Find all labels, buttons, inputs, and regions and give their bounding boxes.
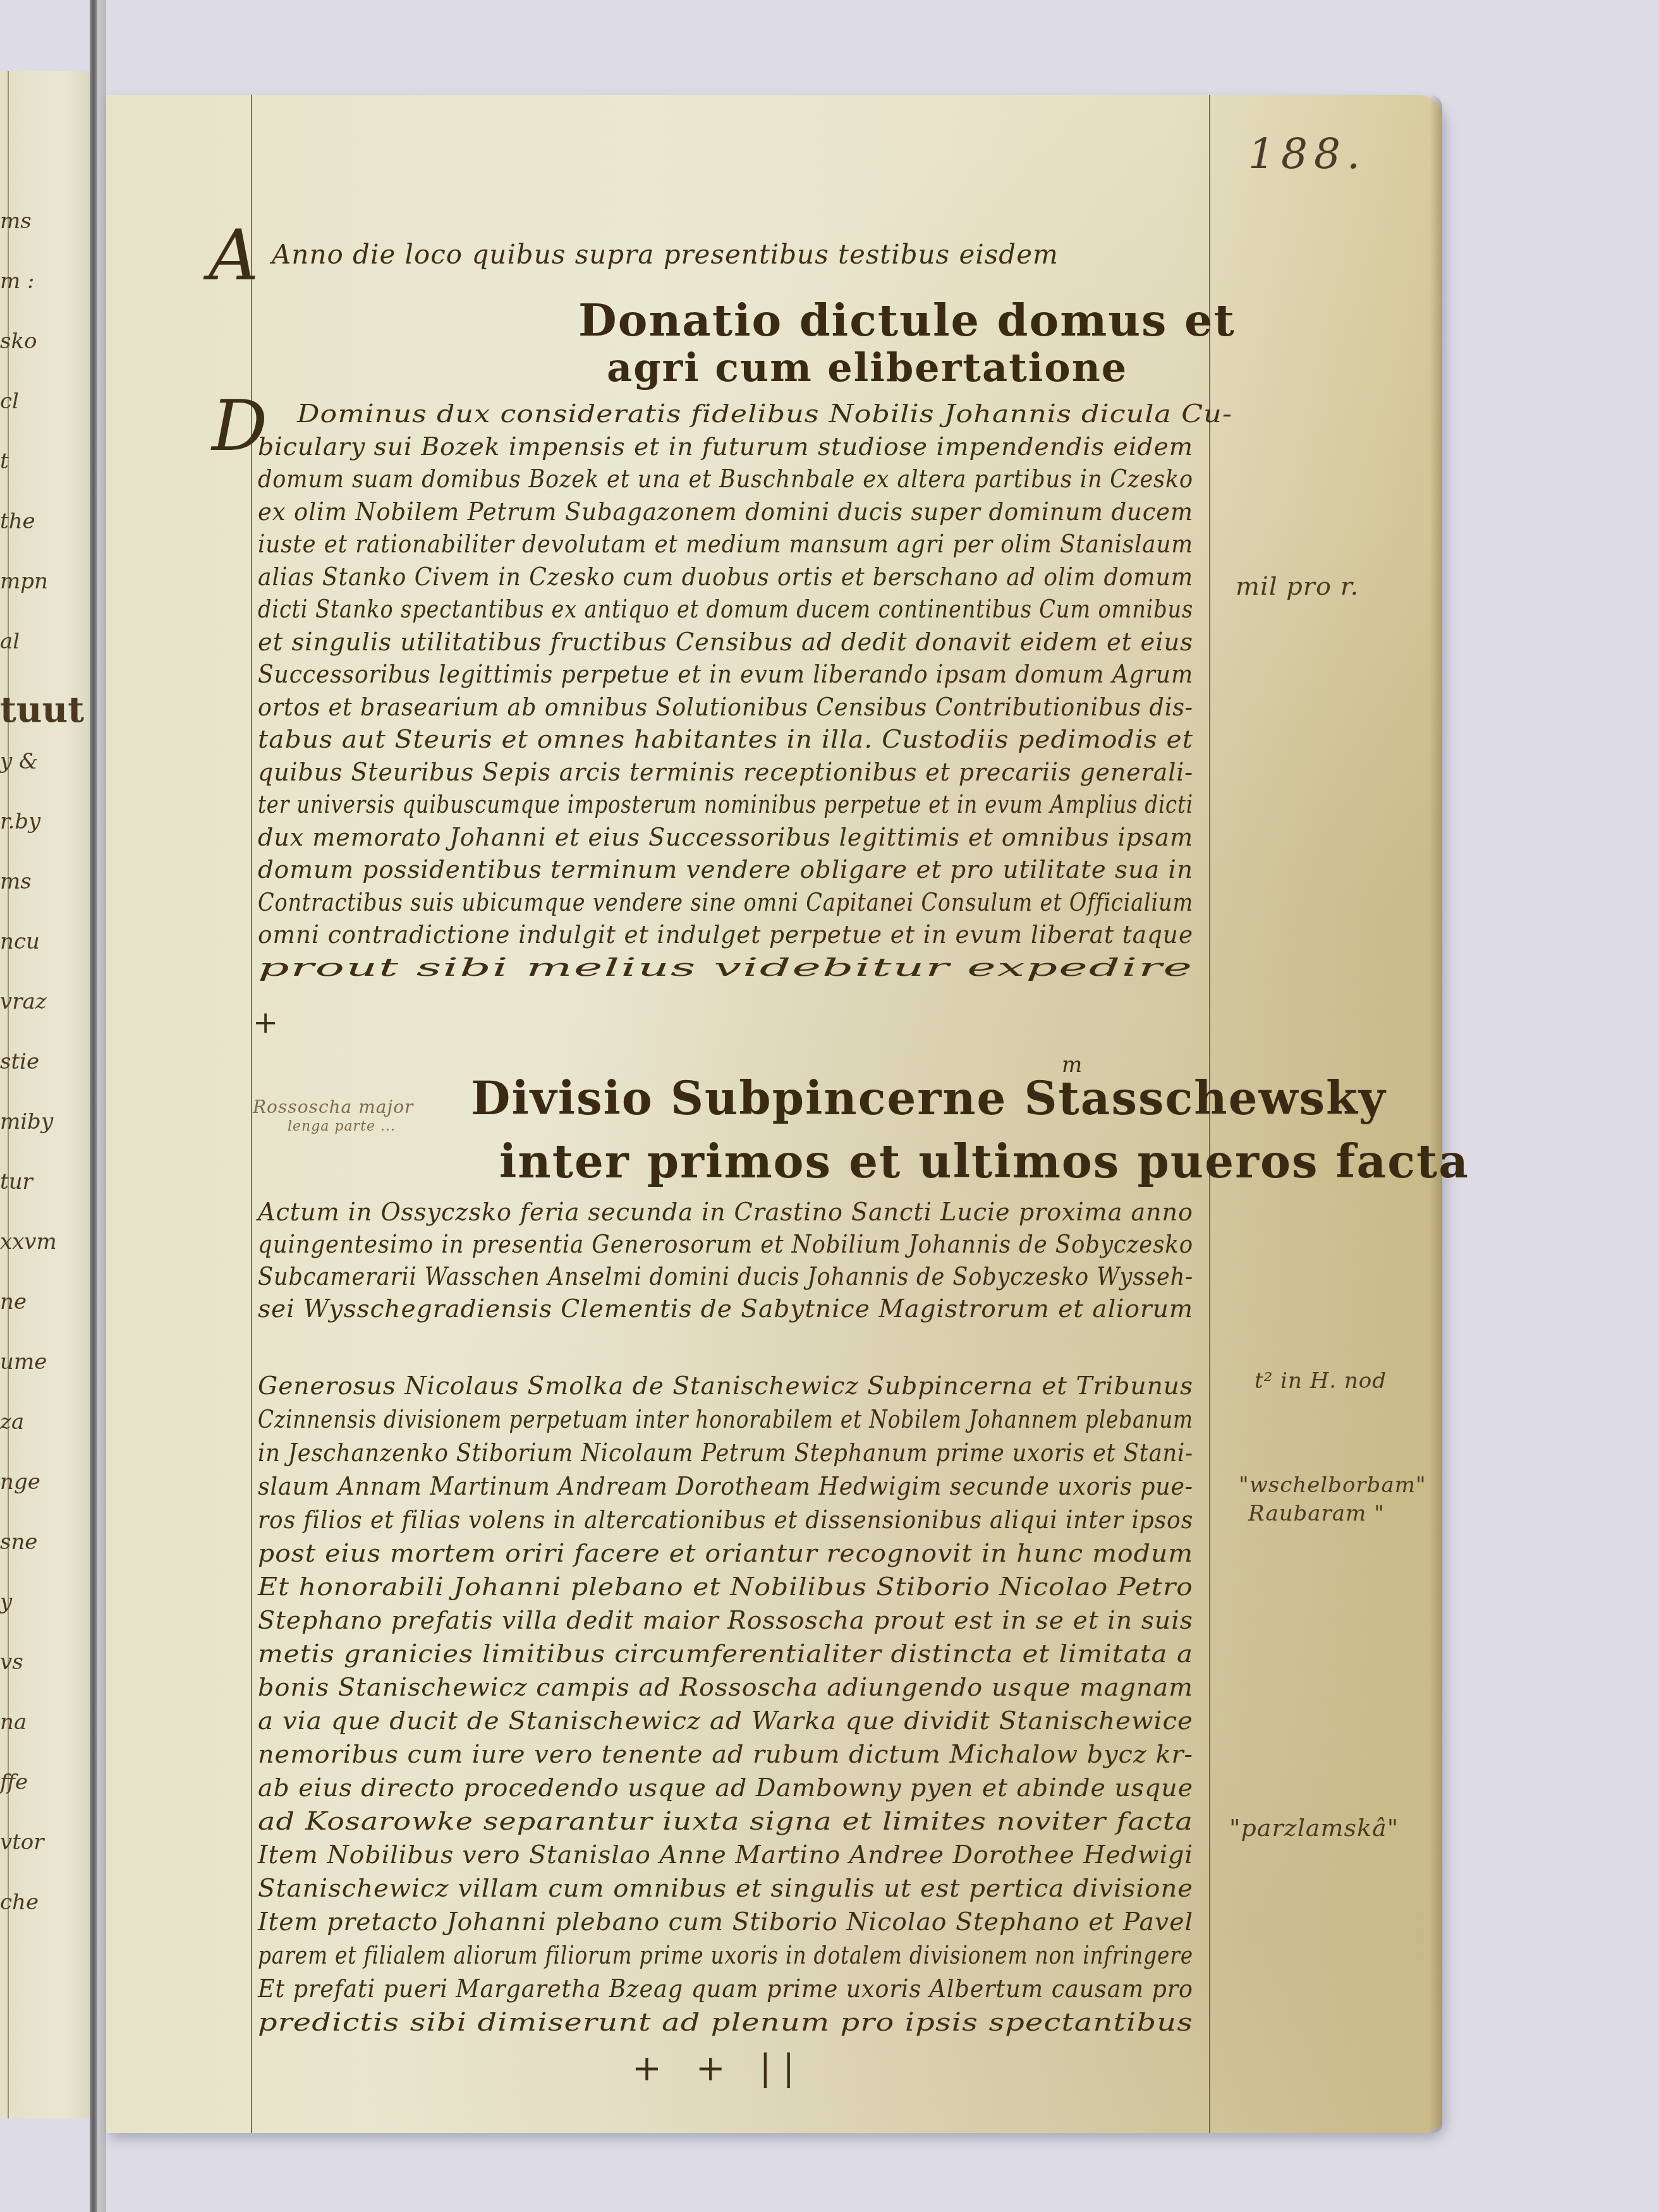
manuscript-text-line: Dominus dux consideratis fidelibus Nobil… — [297, 399, 1232, 428]
manuscript-text-line: ros filios et filias volens in altercati… — [258, 1505, 1193, 1534]
section-1-heading-line-2: agri cum elibertatione — [607, 344, 1127, 391]
left-page-fragment-text: sko — [0, 329, 37, 354]
manuscript-text-line: dux memorato Johanni et eius Successorib… — [258, 823, 1193, 852]
left-page-fragment-text: miby — [0, 1109, 53, 1134]
manuscript-text-line: slaum Annam Martinum Andream Dorotheam H… — [258, 1472, 1193, 1501]
margin-note-right-3-line-1: "wschelborbam" — [1239, 1473, 1426, 1498]
manuscript-text-line: Successoribus legittimis perpetue et in … — [258, 660, 1193, 689]
page-edge-stain — [1430, 95, 1442, 2133]
manuscript-text-line: post eius mortem oriri facere et oriantu… — [258, 1539, 1193, 1568]
manuscript-text-line: domum possidentibus terminum vendere obl… — [258, 855, 1193, 884]
manuscript-text-line: ex olim Nobilem Petrum Subagazonem domin… — [258, 497, 1193, 526]
left-page-fragment-text: stie — [0, 1049, 39, 1074]
manuscript-text-line: bonis Stanischewicz campis ad Rossoscha … — [258, 1673, 1193, 1702]
manuscript-text-line: Item pretacto Johanni plebano cum Stibor… — [258, 1907, 1193, 1936]
manuscript-text-line: quibus Steuribus Sepis arcis terminis re… — [258, 758, 1193, 787]
left-page-fragment-text: tur — [0, 1169, 33, 1194]
margin-note-right-2: t² in H. nod — [1255, 1368, 1387, 1394]
manuscript-text-line: Czinnensis divisionem perpetuam inter ho… — [258, 1405, 1193, 1434]
book-gutter — [90, 0, 97, 2212]
manuscript-text-line: tabus aut Steuris et omnes habitantes in… — [258, 725, 1193, 754]
left-page-fragment-text: vraz — [0, 989, 47, 1014]
left-page-fragment-text: ne — [0, 1289, 27, 1315]
left-page-fragment-text: che — [0, 1890, 39, 1915]
superscript-m: m — [1062, 1052, 1083, 1078]
manuscript-text-line: Et prefati pueri Margaretha Bzeag quam p… — [258, 1974, 1193, 2003]
folio-number: 188. — [1248, 130, 1366, 178]
left-page-fragment-text: na — [0, 1710, 27, 1735]
manuscript-text-line: a via que ducit de Stanischewicz ad Wark… — [258, 1706, 1193, 1735]
manuscript-text-line: omni contradictione indulgit et indulget… — [258, 920, 1193, 949]
initial-a-flourish: A — [209, 215, 258, 296]
left-page-fragment-text: xxvm — [0, 1229, 57, 1255]
left-page-fragment-text: tuut — [0, 689, 84, 731]
manuscript-text-line: Actum in Ossyczsko feria secunda in Cras… — [258, 1198, 1193, 1227]
margin-note-rossoscha: Rossoscha major — [253, 1097, 413, 1117]
left-page-fragment-text: y — [0, 1589, 12, 1615]
manuscript-text-line: parem et filialem aliorum filiorum prime… — [258, 1941, 1193, 1970]
manuscript-text-line: alias Stanko Civem in Czesko cum duobus … — [258, 562, 1193, 592]
left-page-fragment-text: y & — [0, 749, 38, 774]
section-2-heading-line-2: inter primos et ultimos pueros facta — [499, 1134, 1469, 1188]
manuscript-text-line: metis granicies limitibus circumferentia… — [258, 1639, 1193, 1668]
margin-note-right-4: "parzlamskâ" — [1229, 1814, 1399, 1842]
manuscript-text-line: Stanischewicz villam cum omnibus et sing… — [258, 1874, 1193, 1903]
manuscript-text-line: ter universis quibuscumque imposterum no… — [258, 790, 1193, 819]
left-page-fragment-text: ume — [0, 1349, 47, 1375]
left-page-fragment-text: al — [0, 629, 20, 654]
section-1-heading-line-1: Donatio dictule domus et — [578, 294, 1236, 346]
left-page-fragment-text: ms — [0, 209, 32, 234]
left-page-fragment-text: vtor — [0, 1830, 44, 1855]
left-page-fragment-text: m : — [0, 269, 35, 294]
margin-note-right-1: mil pro r. — [1236, 572, 1359, 601]
left-page-fragment-text: mpn — [0, 569, 48, 594]
left-page-fragment-text: nge — [0, 1469, 40, 1495]
manuscript-text-line: ad Kosarowke separantur iuxta signa et l… — [258, 1807, 1193, 1836]
manuscript-text-line: ab eius directo procedendo usque ad Damb… — [258, 1773, 1193, 1802]
left-page-fragment-text: vs — [0, 1650, 23, 1675]
manuscript-text-line: biculary sui Bozek impensis et in futuru… — [258, 432, 1193, 461]
manuscript-text-line: Stephano prefatis villa dedit maior Ross… — [258, 1606, 1193, 1635]
gutter-shadow — [97, 0, 106, 2212]
manuscript-text-line: et singulis utilitatibus fructibus Censi… — [258, 628, 1193, 657]
manuscript-text-line: quingentesimo in presentia Generosorum e… — [258, 1230, 1193, 1259]
margin-note-rossoscha-line-2: lenga parte ... — [288, 1119, 396, 1134]
left-page-fragment-text: ffe — [0, 1770, 28, 1795]
left-page-fragment-text: sne — [0, 1529, 37, 1555]
section-2-heading-line-1: Divisio Subpincerne Stasschewsky — [471, 1071, 1387, 1125]
left-page-fragment-text: t — [0, 449, 9, 474]
margin-note-right-3-line-2: Raubaram " — [1248, 1501, 1385, 1526]
manuscript-text-line: iuste et rationabiliter devolutam et med… — [258, 530, 1193, 559]
left-page-ruling-line — [8, 71, 9, 2118]
section-3-end-mark: + + || — [632, 2048, 806, 2089]
section-1-end-mark: + — [253, 1005, 279, 1040]
left-page-fragment-text: za — [0, 1409, 24, 1435]
manuscript-text-line: in Jeschanzenko Stiborium Nicolaum Petru… — [258, 1438, 1193, 1468]
left-page-fragment-text: r.by — [0, 809, 40, 834]
intro-line: Anno die loco quibus supra presentibus t… — [272, 239, 1059, 270]
manuscript-text-line: domum suam domibus Bozek et una et Busch… — [258, 465, 1193, 494]
manuscript-text-line: Generosus Nicolaus Smolka de Stanischewi… — [258, 1371, 1193, 1401]
manuscript-text-line: nemoribus cum iure vero tenente ad rubum… — [258, 1740, 1193, 1769]
left-page-fragment-text: ms — [0, 869, 32, 894]
manuscript-text-line: dicti Stanko spectantibus ex antiquo et … — [258, 595, 1193, 624]
manuscript-text-line: sei Wysschegradiensis Clementis de Sabyt… — [258, 1294, 1193, 1323]
manuscript-text-line: ortos et brasearium ab omnibus Solutioni… — [258, 693, 1193, 722]
manuscript-text-line: Contractibus suis ubicumque vendere sine… — [258, 888, 1193, 917]
left-page-fragment — [0, 71, 90, 2118]
manuscript-text-line: predictis sibi dimiserunt ad plenum pro … — [258, 2008, 1193, 2037]
manuscript-text-line: Item Nobilibus vero Stanislao Anne Marti… — [258, 1840, 1193, 1869]
left-page-fragment-text: the — [0, 509, 35, 534]
left-page-fragment-text: ncu — [0, 929, 40, 954]
manuscript-text-line: prout sibi melius videbitur expedire — [258, 953, 1193, 982]
left-page-fragment-text: cl — [0, 389, 19, 414]
manuscript-text-line: Et honorabili Johanni plebano et Nobilib… — [258, 1572, 1193, 1601]
manuscript-text-line: Subcamerarii Wasschen Anselmi domini duc… — [258, 1262, 1193, 1291]
